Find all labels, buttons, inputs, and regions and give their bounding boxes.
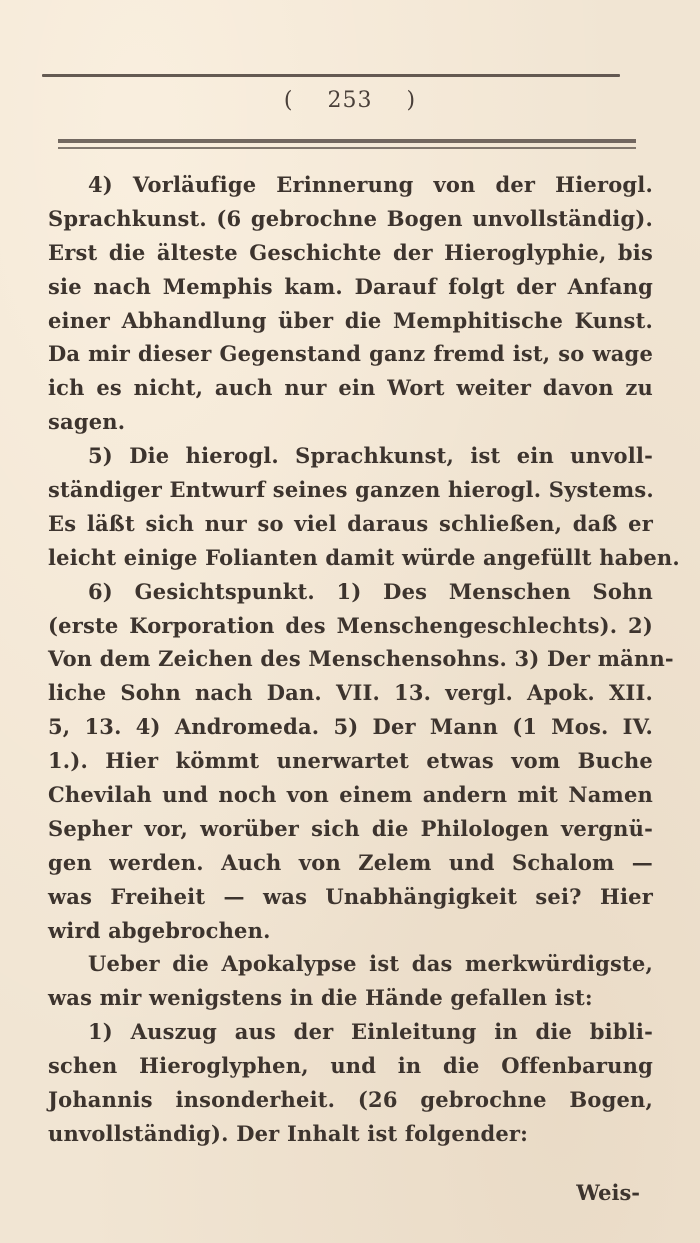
text-line: was mir wenigstens in die Hände gefallen…	[48, 981, 653, 1015]
text-line: unvollständig). Der Inhalt ist folgender…	[48, 1117, 653, 1151]
paragraph-apocalypse-intro: Ueber die Apokalypse ist das merkwürdigs…	[48, 947, 653, 1015]
header-rule	[42, 74, 620, 77]
text-line: 4) Vorläufige Erinnerung von der Hierogl…	[48, 168, 653, 202]
text-line: ich es nicht, auch nur ein Wort weiter d…	[48, 371, 653, 405]
paragraph-apocalypse-item-1: 1) Auszug aus der Einleitung in die bibl…	[48, 1015, 653, 1151]
text-line: gen werden. Auch von Zelem und Schalom —	[48, 846, 653, 880]
text-line: 1.). Hier kömmt unerwartet etwas vom Buc…	[48, 744, 653, 778]
text-line: Es läßt sich nur so viel daraus schließe…	[48, 507, 653, 541]
text-line: Da mir dieser Gegenstand ganz fremd ist,…	[48, 337, 653, 371]
paren-open: (	[258, 88, 320, 113]
paragraph-item-5: 5) Die hierogl. Sprachkunst, ist ein unv…	[48, 439, 653, 575]
text-line: (erste Korporation des Menschengeschlech…	[48, 609, 653, 643]
paren-close: )	[381, 88, 443, 113]
paragraph-item-4: 4) Vorläufige Erinnerung von der Hierogl…	[48, 168, 653, 439]
text-line: Sepher vor, worüber sich die Philologen …	[48, 812, 653, 846]
text-line: Von dem Zeichen des Menschensohns. 3) De…	[48, 642, 653, 676]
text-line: leicht einige Folianten damit würde ange…	[48, 541, 653, 575]
text-line: sie nach Memphis kam. Darauf folgt der A…	[48, 270, 653, 304]
header-double-rule	[58, 139, 636, 149]
text-line: 6) Gesichtspunkt. 1) Des Menschen Sohn	[48, 575, 653, 609]
text-line: 1) Auszug aus der Einleitung in die bibl…	[48, 1015, 653, 1049]
page-number-header: ( 253 )	[0, 88, 700, 113]
text-line: Erst die älteste Geschichte der Hierogly…	[48, 236, 653, 270]
text-line: liche Sohn nach Dan. VII. 13. vergl. Apo…	[48, 676, 653, 710]
text-line: 5) Die hierogl. Sprachkunst, ist ein unv…	[48, 439, 653, 473]
text-line: wird abgebrochen.	[48, 914, 653, 948]
text-line: Ueber die Apokalypse ist das merkwürdigs…	[48, 947, 653, 981]
text-line: einer Abhandlung über die Memphitische K…	[48, 304, 653, 338]
text-line: sagen.	[48, 405, 653, 439]
catchword: Weis-	[576, 1180, 640, 1205]
text-line: was Freiheit — was Unabhängigkeit sei? H…	[48, 880, 653, 914]
text-line: schen Hieroglyphen, und in die Offenbaru…	[48, 1049, 653, 1083]
text-line: ständiger Entwurf seines ganzen hierogl.…	[48, 473, 653, 507]
page-number: 253	[328, 88, 373, 113]
paragraph-item-6: 6) Gesichtspunkt. 1) Des Menschen Sohn (…	[48, 575, 653, 948]
text-line: Chevilah und noch von einem andern mit N…	[48, 778, 653, 812]
text-line: Johannis insonderheit. (26 gebrochne Bog…	[48, 1083, 653, 1117]
book-page: ( 253 ) 4) Vorläufige Erinnerung von der…	[0, 0, 700, 1243]
body-text: 4) Vorläufige Erinnerung von der Hierogl…	[48, 168, 653, 1151]
text-line: 5, 13. 4) Andromeda. 5) Der Mann (1 Mos.…	[48, 710, 653, 744]
text-line: Sprachkunst. (6 gebrochne Bogen unvollst…	[48, 202, 653, 236]
